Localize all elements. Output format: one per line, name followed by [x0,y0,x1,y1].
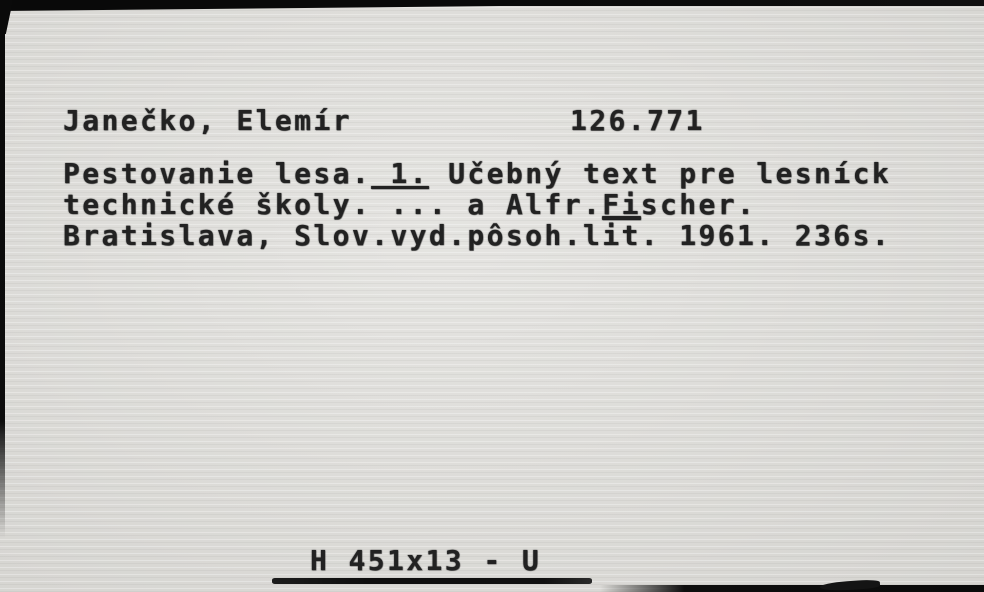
imprint-text: Bratislava, Slov.vyd.pôsoh.l [63,219,602,252]
catalog-card: Janečko, Elemír 126.771 Pestovanie lesa.… [0,0,984,592]
scan-edge-bottom-right [600,585,984,592]
entry-line-1: Pestovanie lesa. 1. Učebný text pre lesn… [63,158,943,189]
call-number: 126.771 [570,104,705,137]
bibliographic-entry: Pestovanie lesa. 1. Učebný text pre lesn… [63,158,943,251]
subtitle-continued-text: technické školy. ... a Alfr. [63,188,602,221]
coauthor-underlined: Fi [602,188,641,221]
entry-line-3: Bratislava, Slov.vyd.pôsoh.lit. 1961. 23… [63,220,943,251]
header-row: Janečko, Elemír 126.771 [0,104,984,136]
imprint-overlined: it [602,219,641,252]
scan-edge-corner [0,0,13,34]
scan-edge-left [0,0,5,538]
shelf-mark-underline [272,578,592,584]
imprint-year-pages-text: . 1961. 236s. [641,219,891,252]
shelf-mark: H 451x13 - U [310,544,541,577]
coauthor-text: scher. [641,188,757,221]
subtitle-text: Učebný text pre lesníck [429,157,891,190]
title-text: Pestovanie lesa. [63,157,371,190]
entry-line-2: technické školy. ... a Alfr.Fischer. [63,189,943,220]
scan-edge-top-left [0,0,520,11]
volume-number-underlined: 1. [371,157,429,190]
author-heading: Janečko, Elemír [63,104,352,137]
